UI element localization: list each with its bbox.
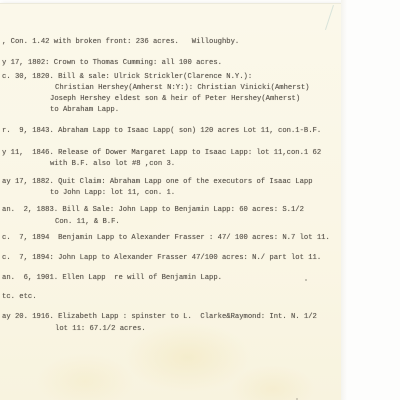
document-line: lot 11: 67.1/2 acres. bbox=[55, 325, 146, 334]
document-line: tc. etc. bbox=[2, 293, 37, 302]
document-line: to John Lapp: lot 11, con. 1. bbox=[50, 189, 175, 198]
document-line: r. 9, 1843. Abraham Lapp to Isaac Lapp( … bbox=[2, 127, 321, 136]
document-line: y 17, 1802: Crown to Thomas Cumming: all… bbox=[2, 59, 222, 68]
document-line: c. 30, 1820. Bill & sale: Ulrick Strickl… bbox=[2, 73, 252, 82]
document-line: Christian Hershey(Amherst N:Y:): Christi… bbox=[55, 84, 309, 93]
document-text-block: , Con. 1.42 with broken front: 236 acres… bbox=[0, 4, 341, 400]
document-line: Con. 11, & B.F. bbox=[55, 218, 120, 227]
document-line: ay 20. 1916. Elizabeth Lapp : spinster t… bbox=[2, 313, 317, 322]
document-line: y 11, 1846. Release of Dower Margaret La… bbox=[2, 149, 321, 158]
document-line: , Con. 1.42 with broken front: 236 acres… bbox=[2, 38, 239, 47]
scanner-background-strip bbox=[341, 0, 400, 400]
document-line: an. 2, 1883. Bill & Sale: John Lapp to B… bbox=[2, 206, 304, 215]
document-line: with B.F. also lot #8 ,con 3. bbox=[50, 160, 175, 169]
document-line: ay 17, 1882. Quit Claim: Abraham Lapp on… bbox=[2, 178, 313, 187]
scan-background: , Con. 1.42 with broken front: 236 acres… bbox=[0, 0, 400, 400]
document-line: an. 6, 1901. Ellen Lapp re will of Benja… bbox=[2, 274, 222, 283]
paper-speck bbox=[305, 279, 307, 281]
document-line: c. 7, 1894 Benjamin Lapp to Alexander Fr… bbox=[2, 234, 330, 243]
scanned-document-page: , Con. 1.42 with broken front: 236 acres… bbox=[0, 3, 342, 400]
document-line: c. 7, 1894: John Lapp to Alexander Frass… bbox=[2, 254, 321, 263]
document-line: to Abraham Lapp. bbox=[50, 106, 119, 115]
document-line: Joseph Hershey eldest son & heir of Pete… bbox=[50, 95, 300, 104]
